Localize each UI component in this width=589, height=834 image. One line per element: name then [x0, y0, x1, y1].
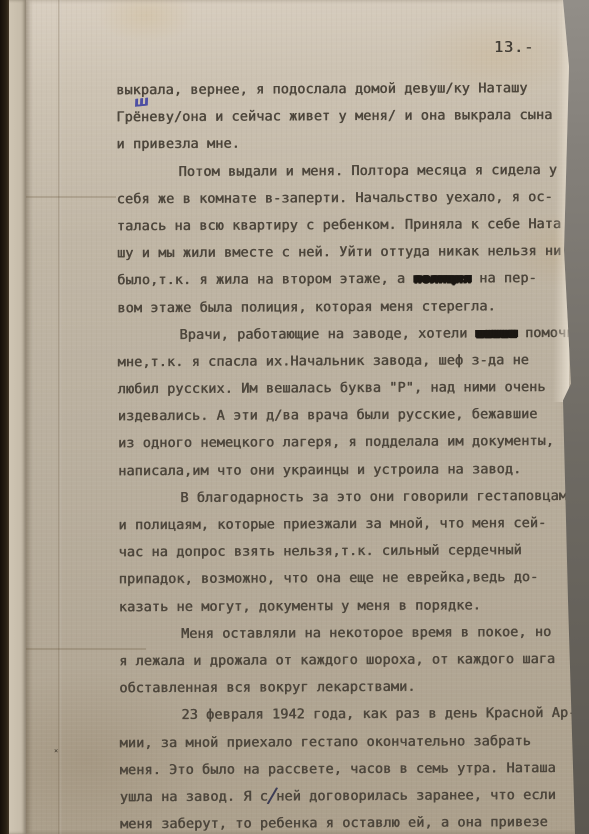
book-binding-shadow — [0, 0, 9, 834]
text-line: 23 февраля 1942 года, как раз в день Кра… — [119, 700, 589, 730]
vertical-crease — [58, 0, 62, 834]
ink-speck: × — [54, 747, 60, 752]
text-line: из одного немецкого лагеря, я подделала … — [118, 428, 588, 458]
text-line: и полицаям, которые приезжали за мной, ч… — [118, 510, 588, 540]
text-line: вом этаже была полиция, которая меня сте… — [117, 292, 587, 322]
line-fragment: ушла на завод. Я с — [120, 788, 268, 805]
text-line-with-overtype: Врачи, работающие на заводе, хотели шшшш… — [117, 319, 587, 349]
line-fragment: Врачи, работающие на заводе, хотели — [179, 325, 475, 343]
text-line: мне,т.к. я спасла их.Начальник завода, ш… — [117, 347, 587, 377]
text-line: и привезла мне. — [116, 129, 586, 159]
underlying-page-edge — [9, 0, 27, 834]
text-line: меня. Это было на рассвете, часов в семь… — [120, 754, 589, 784]
text-line: обставленная вся вокруг лекарствами. — [119, 673, 589, 703]
text-line: талась на всю квартиру с ребенком. Приня… — [117, 211, 587, 241]
text-line: припадок, возможно, что она еще не еврей… — [119, 564, 589, 594]
text-line: любил русских. Им вешалась буква "Р", на… — [118, 374, 588, 404]
overtyped-word: полиция — [413, 271, 471, 287]
text-line-with-pen-mark: ушла на завод. Я с/ней договорилась зара… — [120, 782, 589, 812]
handwritten-correction-letter: ш — [134, 93, 149, 111]
text-line: казать не могут, документы у меня в поря… — [119, 591, 589, 621]
text-line: час на допрос взять нельзя,т.к. сильный … — [118, 537, 588, 567]
horizontal-crease — [26, 196, 116, 198]
text-line: В благодарность за это они говорили гест… — [118, 483, 588, 513]
text-line: я лежала и дрожала от каждого шороха, от… — [119, 646, 589, 676]
text-line: себя же в комнате в-заперти. Начальство … — [117, 184, 587, 214]
text-line: написала,им что они украинцы и устроила … — [118, 455, 588, 485]
line-fragment: было,т.к. я жила на втором этаже, а — [117, 271, 413, 289]
text-line-with-overtype: было,т.к. я жила на втором этаже, а поли… — [117, 265, 587, 295]
typewritten-text-block: выкрала, вернее, я подослала домой девуш… — [116, 75, 589, 834]
line-fragment: на пер- — [471, 270, 537, 286]
line-fragment: ней договорилась заранее, что если — [276, 787, 556, 804]
overtyped-word: шшшшш — [476, 325, 517, 341]
text-line: Меня оставляли на некоторое время в поко… — [119, 619, 589, 649]
text-line: выкрала, вернее, я подослала домой девуш… — [116, 75, 586, 105]
document-photo: 13.- выкрала, вернее, я подослала домой … — [0, 0, 589, 834]
text-line: мии, за мной приехало гестапо окончатель… — [119, 727, 589, 757]
text-line: Потом выдали и меня. Полтора месяца я си… — [116, 156, 586, 186]
text-line: шу и мы жили вместе с ней. Уйти оттуда н… — [117, 238, 587, 268]
text-line: меня заберут, то ребенка я оставлю ей, а… — [120, 809, 589, 834]
paper-sheet: 13.- выкрала, вернее, я подослала домой … — [26, 0, 589, 834]
text-line: Грёневу/она и сейчас живет у меня/ и она… — [116, 102, 586, 132]
text-line: издевались. А эти д/ва врача были русски… — [118, 401, 588, 431]
page-number: 13.- — [494, 38, 534, 56]
line-fragment: помочь — [517, 325, 575, 341]
